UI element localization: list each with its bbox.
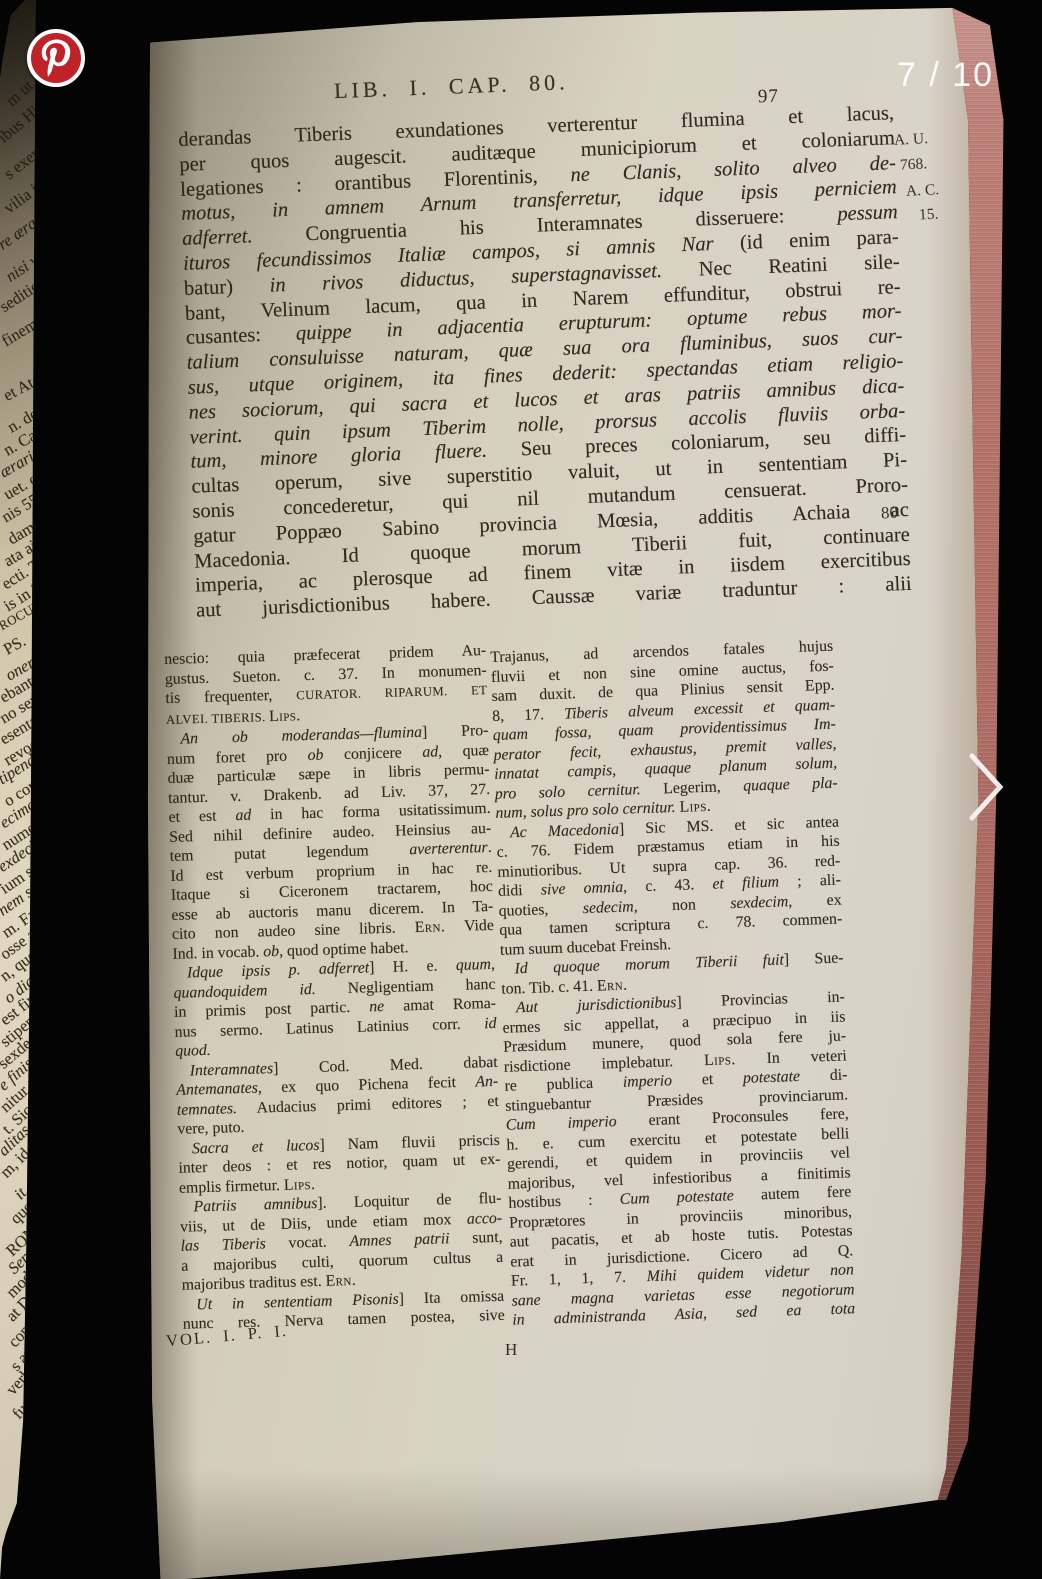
margin-note: 768. [900, 155, 928, 174]
margin-note: A. U. [894, 130, 929, 150]
main-text-block: derandas Tiberis exundationes verterentu… [178, 101, 912, 623]
glare-streak [66, 1194, 113, 1249]
next-image-button[interactable] [958, 746, 1010, 830]
pinterest-image-viewer: LIB. I. CAP. 80. 97 derandas Tiberis exu… [0, 0, 1042, 1579]
margin-note: 15. [919, 206, 939, 225]
left-page-text-fragment: et Ateio, an ob [0, 343, 94, 406]
pinterest-button[interactable] [27, 29, 85, 87]
chapter-header: LIB. I. CAP. 80. [334, 66, 655, 104]
pinterest-icon [41, 39, 71, 77]
signature-mark: H [505, 1340, 517, 1360]
commentary-column-left: nescio: quia præfecerat pridem Au-gustus… [164, 641, 505, 1334]
commentary-column-right: Trajanus, ad arcendos fatales hujusfluvi… [490, 637, 855, 1330]
glare-streak [33, 796, 94, 863]
margin-note: A. C. [906, 181, 940, 201]
chevron-right-icon [958, 818, 1010, 833]
image-counter: 7 / 10 [897, 56, 994, 95]
book-page: LIB. I. CAP. 80. 97 derandas Tiberis exu… [0, 0, 1042, 1579]
margin-chapter-number: 80 [880, 503, 898, 524]
